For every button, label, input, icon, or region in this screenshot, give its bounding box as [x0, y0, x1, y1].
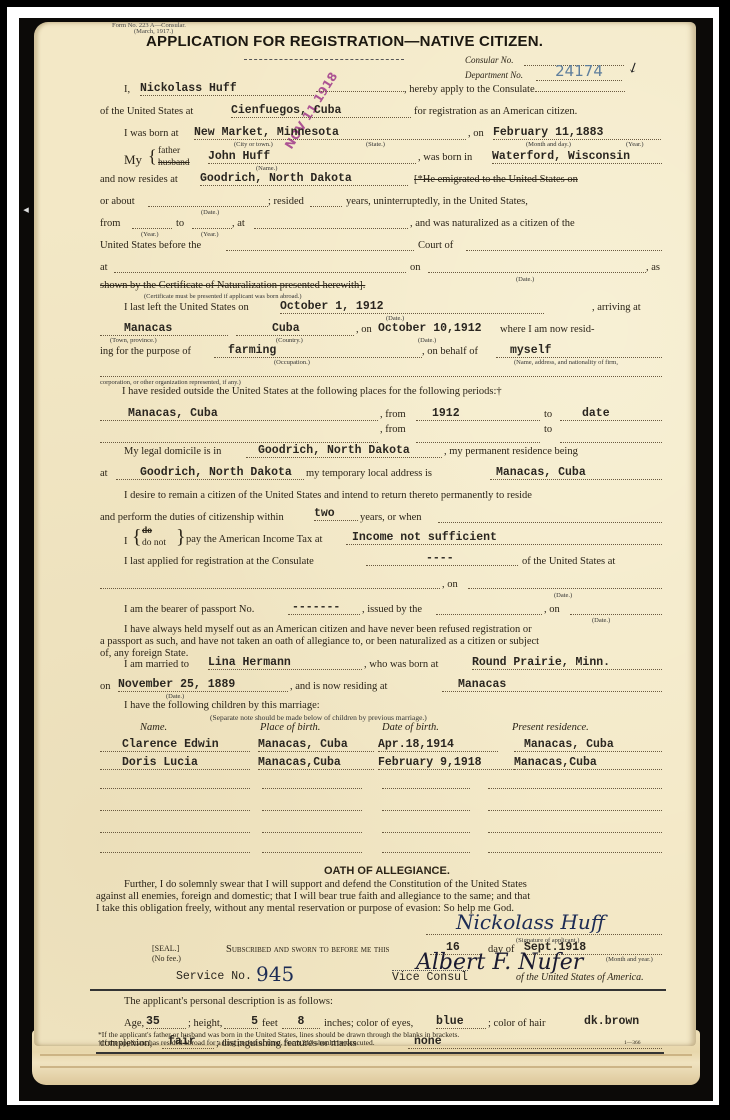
child-birthplace: Manacas, Cuba: [258, 738, 374, 752]
text: , arriving at: [592, 302, 641, 313]
text: where I am now resid-: [500, 324, 594, 335]
caption: (Certificate must be presented if applic…: [144, 293, 302, 300]
text: , was born in: [418, 152, 472, 163]
text: of, any foreign State.: [100, 648, 188, 659]
oath-text: Further, I do solemnly swear that I will…: [124, 879, 527, 890]
father-name: John Huff: [208, 150, 416, 164]
blank-field: [428, 272, 646, 273]
residence-to: date: [560, 407, 662, 421]
residence-to-blank: [560, 429, 662, 443]
father-residence: Goodrich, North Dakota: [200, 172, 408, 186]
text: years, uninterruptedly, in the United St…: [346, 196, 528, 207]
previous-page-arrow-icon[interactable]: ◂: [20, 203, 32, 217]
text: years, or when: [360, 512, 422, 523]
text: I have the following children by this ma…: [124, 700, 320, 711]
column-header-residence: Present residence.: [512, 722, 589, 733]
text: I have resided outside the United States…: [122, 386, 502, 397]
text: I last applied for registration at the C…: [124, 556, 314, 567]
text: , at: [232, 218, 245, 229]
text: , as: [646, 262, 660, 273]
caption: (Year.): [141, 231, 159, 238]
text: Subscribed and sworn to before me this: [226, 944, 389, 955]
caption: (Occupation.): [274, 359, 310, 366]
text: , on: [468, 128, 484, 139]
text: Court of: [418, 240, 453, 251]
height-feet: 5: [224, 1015, 258, 1029]
service-number: 945: [256, 962, 294, 986]
seal-label: [SEAL.]: [152, 944, 179, 953]
text: My legal domicile is in: [124, 446, 221, 457]
passport-number: -------: [288, 601, 360, 615]
text: , my permanent residence being: [444, 446, 578, 457]
text: of the United States at: [522, 556, 615, 567]
return-within: two: [314, 507, 358, 521]
text: I last left the United States on: [124, 302, 249, 313]
residence-from: 1912: [416, 407, 540, 421]
child-residence: Manacas, Cuba: [514, 738, 662, 752]
text: inches; color of eyes,: [324, 1018, 413, 1029]
bracket: {: [148, 144, 157, 168]
text: United States before the: [100, 240, 201, 251]
officer-title: Vice Consul: [392, 970, 468, 984]
text: Age,: [124, 1018, 144, 1029]
child-name: Clarence Edwin: [100, 738, 250, 752]
text: ; color of hair: [488, 1018, 545, 1029]
caption: (Date.): [418, 337, 436, 344]
blank-field: [192, 228, 232, 229]
blank-field: [438, 522, 662, 523]
text: at: [100, 468, 108, 479]
certificate-clause-struck: shown by the Certificate of Naturalizati…: [100, 280, 365, 291]
blank-field: [114, 272, 406, 273]
blank-field: [310, 206, 342, 207]
text: ; resided: [268, 196, 304, 207]
residence-place: Manacas, Cuba: [100, 407, 378, 421]
blank-field: [100, 376, 662, 377]
arrival-date: October 10,1912: [378, 322, 482, 335]
bracket: }: [176, 526, 186, 549]
child-birthplace: Manacas,Cuba: [258, 756, 374, 770]
text: on: [410, 262, 421, 273]
caption: (Year.): [201, 231, 219, 238]
oath-heading: OATH OF ALLEGIANCE.: [324, 865, 450, 877]
column-header-name: Name.: [140, 722, 167, 733]
permanent-residence: Goodrich, North Dakota: [116, 466, 304, 480]
text: for registration as an American citizen.: [414, 106, 577, 117]
emigration-clause-struck: [*He emigrated to the United States on: [414, 174, 662, 185]
caption: (Separate note should be made below of c…: [210, 713, 427, 722]
text: , on: [442, 579, 458, 590]
text: ing for the purpose of: [100, 346, 191, 357]
text: , and is now residing at: [290, 681, 387, 692]
eye-color: blue: [436, 1015, 486, 1029]
text: I have always held myself out as an Amer…: [124, 624, 532, 635]
text: to: [176, 218, 184, 229]
hair-color: dk.brown: [584, 1015, 639, 1028]
oath-text: against all enemies, foreign and domesti…: [96, 891, 530, 902]
caption: (Date.): [201, 209, 219, 216]
blank-field: [570, 614, 662, 615]
text: of the United States at: [100, 106, 193, 117]
text: I am the bearer of passport No.: [124, 604, 254, 615]
on-behalf-of: myself: [496, 344, 662, 358]
do-option-struck: do: [142, 526, 152, 536]
applicant-name: Nickolass Huff: [140, 82, 314, 96]
caption: (Year.): [626, 141, 644, 148]
caption: (Date.): [386, 315, 404, 322]
caption: (City or town.): [234, 141, 273, 148]
text: I: [124, 536, 128, 547]
column-header-place: Place of birth.: [260, 722, 320, 733]
text: , on: [356, 324, 372, 335]
last-applied-consulate: ----: [366, 552, 518, 566]
no-fee-label: (No fee.): [152, 954, 181, 963]
text: , from: [380, 409, 406, 420]
text: I desire to remain a citizen of the Unit…: [124, 490, 532, 501]
blank-field: [148, 206, 268, 207]
purpose: farming: [214, 344, 422, 358]
caption: (Town, province.): [110, 337, 157, 344]
text: my temporary local address is: [306, 468, 432, 479]
child-residence: Manacas,Cuba: [514, 756, 662, 770]
departure-date: October 1, 1912: [280, 300, 544, 314]
blank-field: [254, 228, 408, 229]
text: , on: [544, 604, 560, 615]
spouse-birth-date: November 25, 1889: [118, 678, 288, 692]
print-code: 1—366: [624, 1040, 641, 1046]
spouse-residence: Manacas: [442, 678, 662, 692]
father-birthplace: Waterford, Wisconsin: [492, 150, 662, 164]
arrival-town: Manacas: [100, 322, 228, 336]
blank-field: [436, 614, 542, 615]
caption: (Date.): [592, 617, 610, 624]
text: The applicant's personal description is …: [124, 996, 333, 1007]
text: I,: [124, 84, 130, 95]
text: from: [100, 218, 120, 229]
text: of the United States of America.: [516, 972, 644, 983]
text: , issued by the: [362, 604, 422, 615]
text: , hereby apply to the Consulate: [316, 84, 616, 95]
checkmark-arrow-icon: ↙: [625, 58, 643, 78]
bracket: {: [132, 526, 142, 549]
caption: (Month and day.): [526, 141, 571, 148]
child-name: Doris Lucia: [100, 756, 250, 770]
child-birth-date: February 9,1918: [378, 756, 514, 770]
age-value: 35: [146, 1015, 186, 1029]
text: at: [100, 262, 108, 273]
blank-field: [132, 228, 172, 229]
caption: (State.): [366, 141, 385, 148]
service-no-label: Service No.: [176, 970, 252, 983]
spouse-name: Lina Hermann: [208, 656, 362, 670]
arrival-country: Cuba: [236, 322, 354, 336]
caption: (Date.): [516, 276, 534, 283]
text: , and was naturalized as a citizen of th…: [410, 218, 575, 229]
father-option: father: [158, 146, 180, 156]
text: on: [100, 681, 111, 692]
text: I was born at: [124, 128, 179, 139]
caption: corporation, or other organization repre…: [100, 379, 241, 386]
child-birth-date: Apr.18,1914: [378, 738, 498, 752]
department-no-value: 24174: [536, 62, 622, 81]
text: and perform the duties of citizenship wi…: [100, 512, 284, 523]
column-header-date: Date of birth.: [382, 722, 439, 733]
income-tax-status: Income not sufficient: [346, 531, 662, 545]
text: to: [544, 424, 552, 435]
text: a passport as such, and have not taken a…: [100, 636, 539, 647]
text: , from: [380, 424, 406, 435]
text: , on behalf of: [422, 346, 478, 357]
caption: (Name.): [256, 165, 277, 172]
caption: (Month and year.): [606, 956, 653, 963]
blank-field: [466, 250, 662, 251]
blank-field: [468, 588, 662, 589]
text: feet: [262, 1018, 278, 1029]
legal-domicile: Goodrich, North Dakota: [246, 444, 442, 458]
text: My: [124, 152, 142, 168]
text: ; height,: [188, 1018, 222, 1029]
residence-from-blank: [416, 429, 540, 443]
department-no-label: Department No.: [465, 70, 523, 80]
spouse-birthplace: Round Prairie, Minn.: [472, 656, 662, 670]
birthplace: New Market, Minnesota: [194, 126, 466, 140]
blank-field: [226, 250, 414, 251]
applicant-signature: Nickolass Huff: [426, 910, 662, 935]
page-title: APPLICATION FOR REGISTRATION—NATIVE CITI…: [146, 33, 543, 50]
document-page: Form No. 223 A—Consular. (March, 1917.) …: [34, 22, 696, 1046]
blank-field: [100, 588, 440, 589]
text: , who was born at: [364, 659, 438, 670]
caption: (Date.): [166, 693, 184, 700]
consular-no-label: Consular No.: [465, 55, 514, 65]
do-not-option: do not: [142, 538, 166, 548]
birth-date: February 11,1883: [493, 126, 661, 140]
caption: (Name, address, and nationality of firm,: [514, 359, 618, 366]
residence-place-blank: [100, 429, 378, 443]
text: I am married to: [124, 659, 189, 670]
text: and now resides at: [100, 174, 178, 185]
footnote-2: †If the applicant has resided abroad for…: [98, 1038, 375, 1047]
text: or about: [100, 196, 135, 207]
text: to: [544, 409, 552, 420]
text: pay the American Income Tax at: [186, 534, 322, 545]
caption: (Date.): [554, 592, 572, 599]
caption: (Country.): [276, 337, 303, 344]
consulate-city: Cienfuegos, Cuba: [231, 104, 411, 118]
height-inches: 8: [282, 1015, 320, 1029]
husband-option-struck: husband: [158, 158, 190, 168]
temporary-address: Manacas, Cuba: [490, 466, 662, 480]
